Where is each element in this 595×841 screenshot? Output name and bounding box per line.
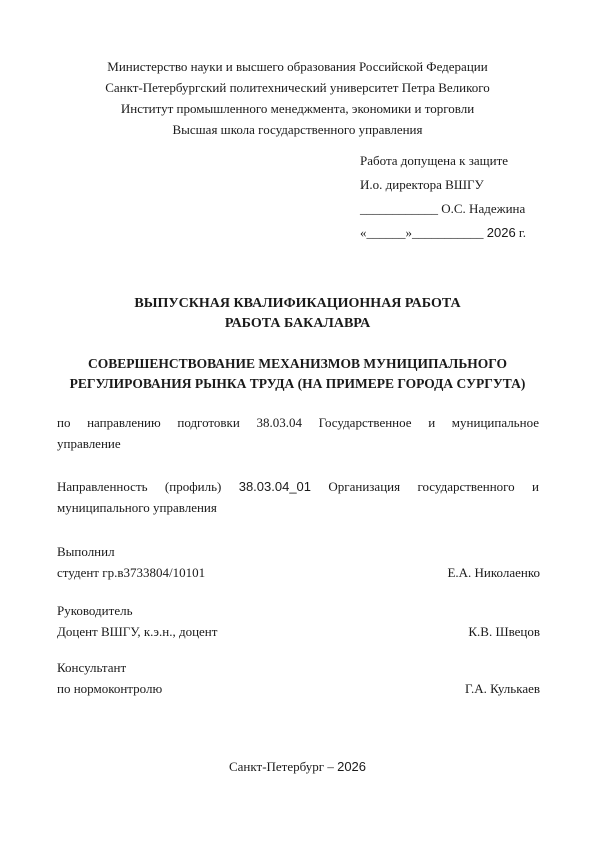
director-signature-line: ____________ О.С. Надежина [360,197,560,221]
signature-name: Е.А. Николаенко [447,562,540,583]
footer-line: Санкт-Петербург – 2026 [0,756,595,777]
approval-block: Работа допущена к защите И.о. директора … [360,149,560,245]
university-line: Санкт-Петербургский политехнический унив… [0,77,595,98]
direction-line-2: управление [57,433,539,454]
profile-code: 38.03.04_01 [239,479,311,494]
direction-paragraph: по направлению подготовки 38.03.04 Госуд… [57,412,539,454]
signature-role: Выполнил [57,541,115,562]
topic-line-2: РЕГУЛИРОВАНИЯ РЫНКА ТРУДА (НА ПРИМЕРЕ ГО… [0,374,595,394]
footer-dash: – [327,759,334,774]
profile-name: Организация государственного и [328,479,539,494]
signature-name: Г.А. Кулькаев [465,678,540,699]
signature-role: Консультант [57,657,126,678]
date-day-blank: ______ [367,225,406,240]
direction-line-1: по направлению подготовки 38.03.04 Госуд… [57,412,539,433]
director-name: О.С. Надежина [441,201,525,216]
profile-line-1: Направленность (профиль) 38.03.04_01 Орг… [57,476,539,497]
work-type-title: ВЫПУСКНАЯ КВАЛИФИКАЦИОННАЯ РАБОТА [0,294,595,314]
date-suffix: г. [519,225,526,240]
profile-line-2: муниципального управления [57,497,539,518]
topic-line-1: СОВЕРШЕНСТВОВАНИЕ МЕХАНИЗМОВ МУНИЦИПАЛЬН… [0,354,595,374]
ministry-line: Министерство науки и высшего образования… [0,56,595,77]
signature-detail: Доцент ВШГУ, к.э.н., доцент [57,621,217,642]
header-block: Министерство науки и высшего образования… [0,56,595,140]
work-subtype-title: РАБОТА БАКАЛАВРА [0,314,595,334]
footer-year: 2026 [337,759,366,774]
work-title-block: ВЫПУСКНАЯ КВАЛИФИКАЦИОННАЯ РАБОТА РАБОТА… [0,294,595,334]
signature-supervisor: Руководитель Доцент ВШГУ, к.э.н., доцент… [57,600,540,642]
title-page: Министерство науки и высшего образования… [0,0,595,841]
signature-student: Выполнил студент гр.в3733804/10101 Е.А. … [57,541,540,583]
signature-detail: по нормоконтролю [57,678,162,699]
date-year: 2026 [487,225,516,240]
signature-role: Руководитель [57,600,133,621]
signature-name: К.В. Швецов [468,621,540,642]
approval-date-line: «______»___________ 2026 г. [360,221,560,245]
signature-consultant: Консультант по нормоконтролю Г.А. Кулька… [57,657,540,699]
signature-blank: ____________ [360,201,438,216]
footer-city: Санкт-Петербург [229,759,324,774]
signature-detail: студент гр.в3733804/10101 [57,562,205,583]
institute-line: Институт промышленного менеджмента, экон… [0,98,595,119]
director-title: И.о. директора ВШГУ [360,173,560,197]
approval-line: Работа допущена к защите [360,149,560,173]
profile-prefix: Направленность (профиль) [57,479,221,494]
profile-paragraph: Направленность (профиль) 38.03.04_01 Орг… [57,476,539,518]
date-month-blank: ___________ [412,225,484,240]
topic-block: СОВЕРШЕНСТВОВАНИЕ МЕХАНИЗМОВ МУНИЦИПАЛЬН… [0,354,595,394]
school-line: Высшая школа государственного управления [0,119,595,140]
